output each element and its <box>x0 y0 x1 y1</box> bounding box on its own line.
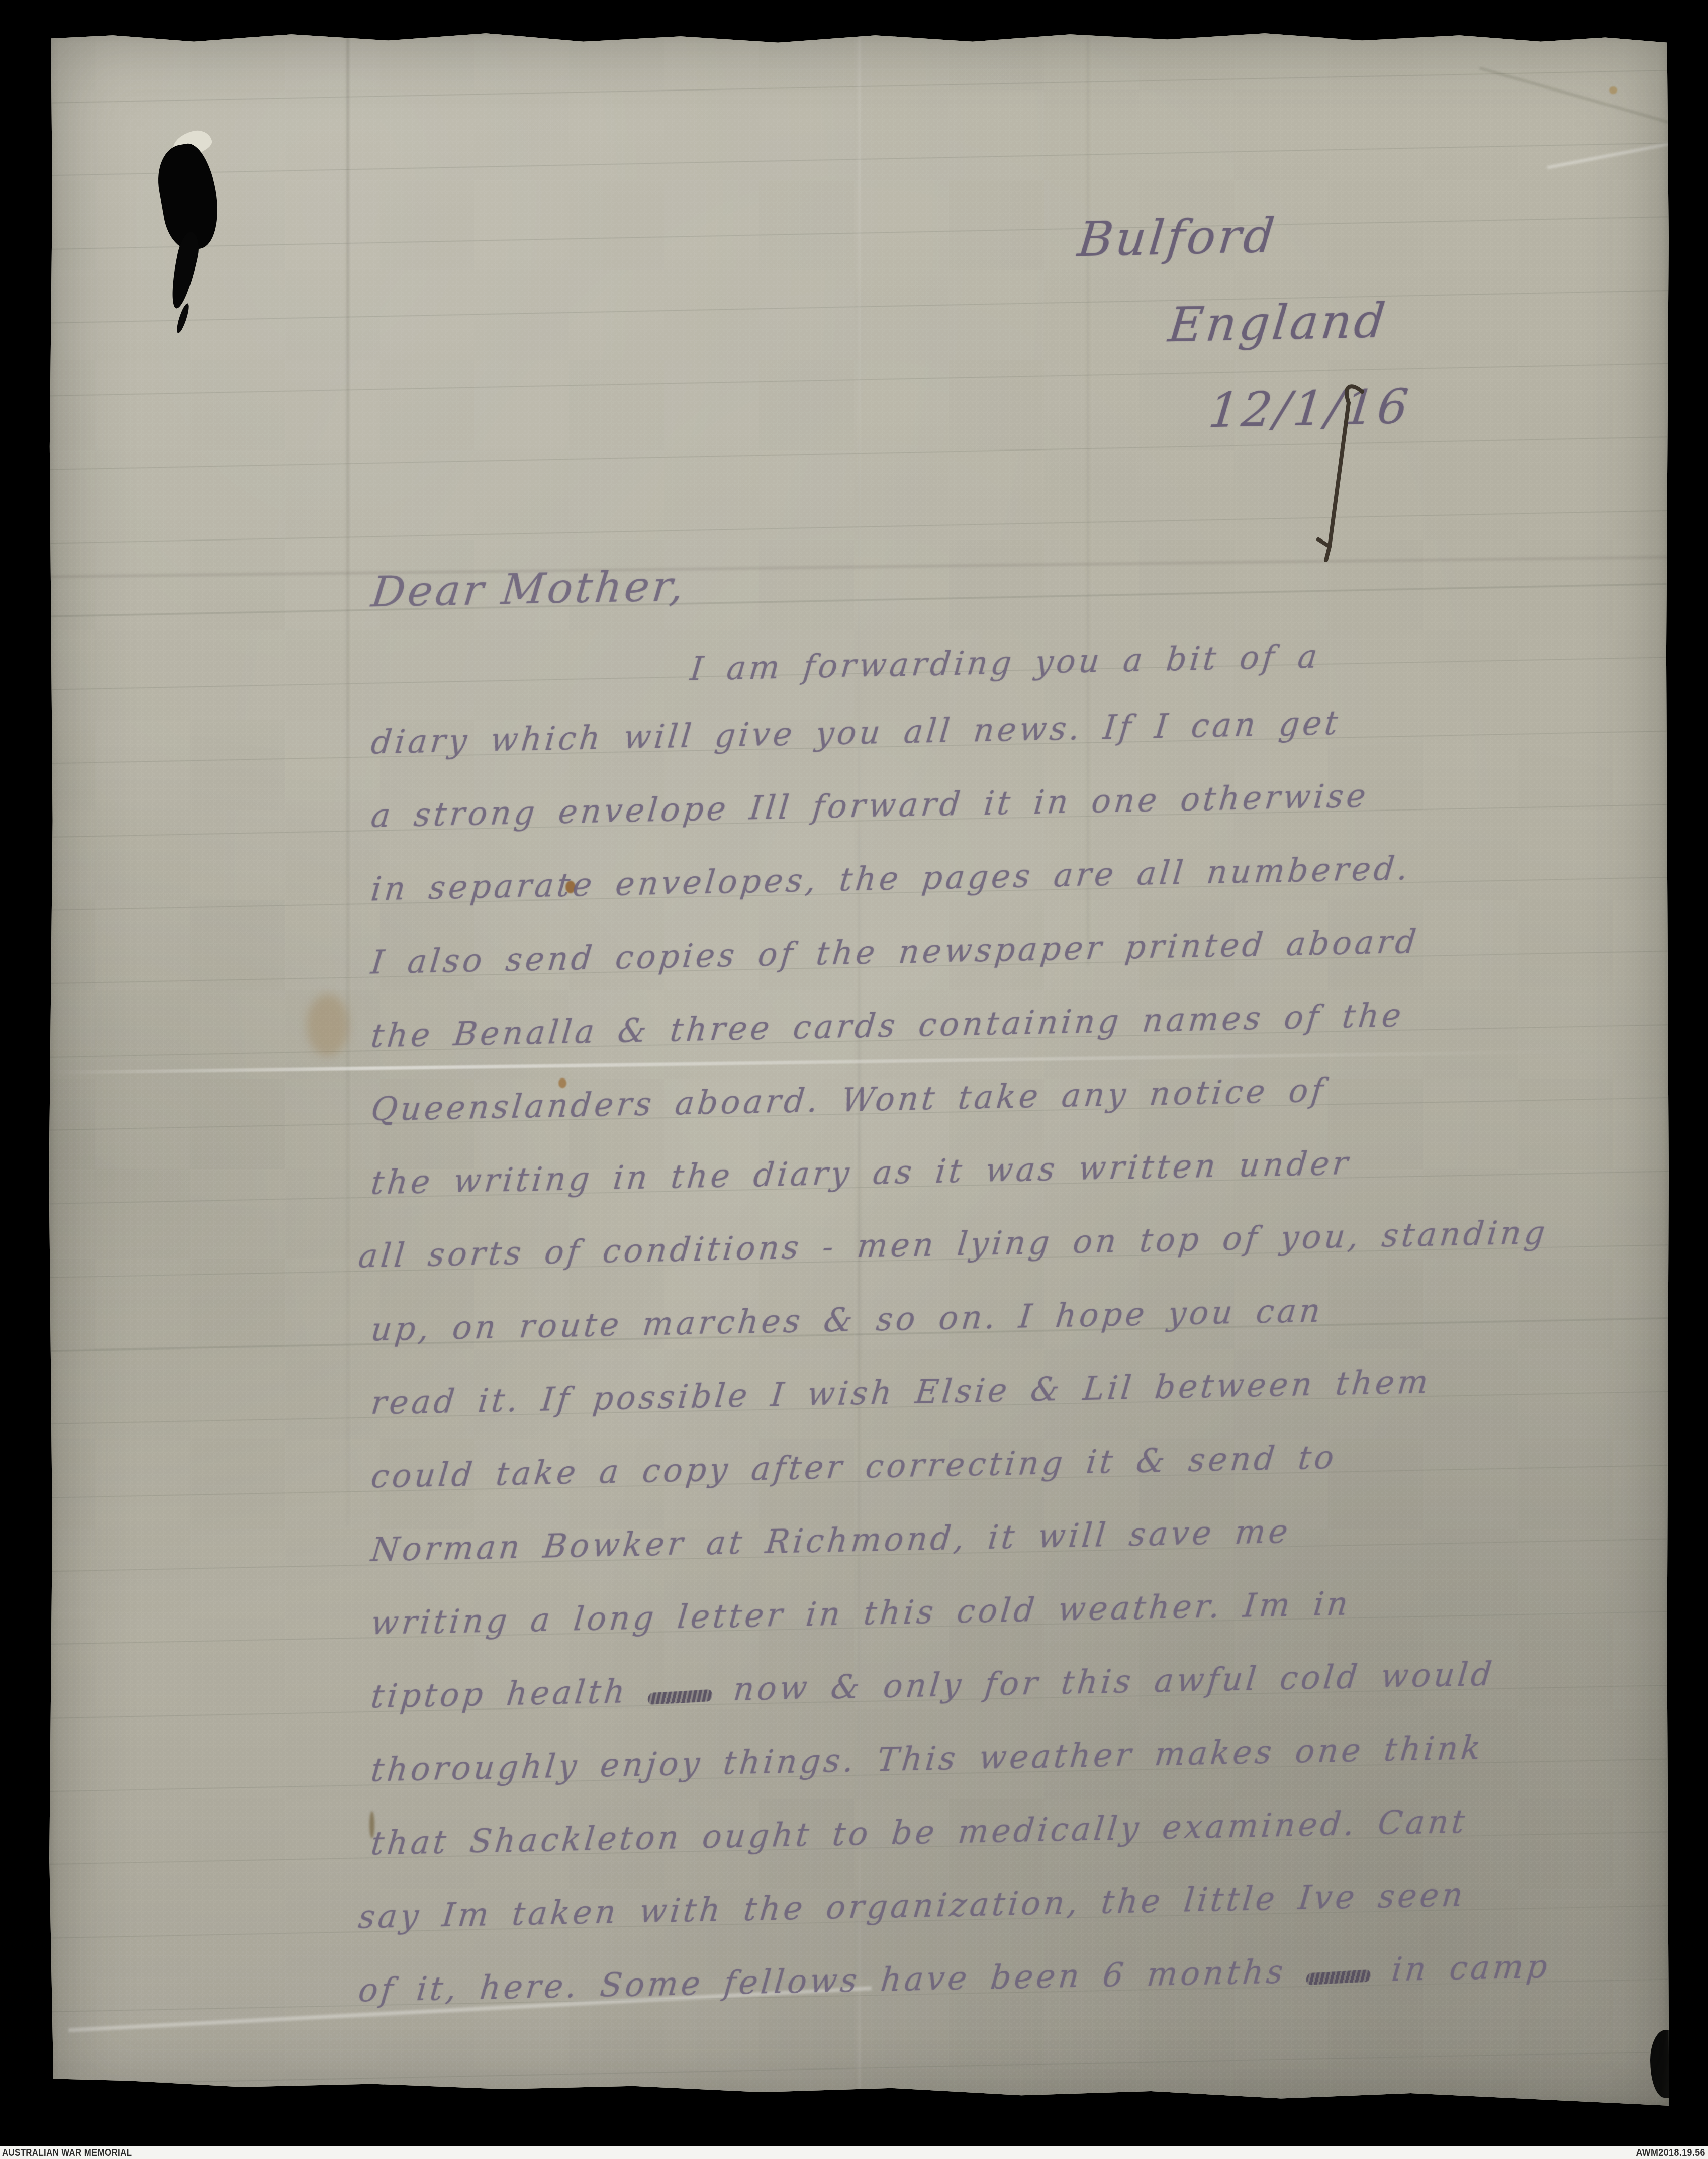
scribbled-out-word <box>1305 1969 1371 1985</box>
letter-line: that Shackleton ought to be medically ex… <box>369 1806 1469 1860</box>
rust-spot <box>558 1078 566 1088</box>
letter-line: writing a long letter in this cold weath… <box>369 1588 1352 1640</box>
letter-line: up, on route marches & so on. I hope you… <box>369 1295 1325 1346</box>
letter-line: of it, here. Some fellows have been 6 mo… <box>357 1951 1552 2007</box>
scanned-letter-photograph: Bulford England 12/1/16 Dear Mother, I a… <box>0 0 1708 2159</box>
letter-line: the writing in the diary as it was writt… <box>369 1148 1352 1200</box>
vertical-fold-crease <box>858 31 861 2108</box>
paper-stain <box>307 994 349 1056</box>
vertical-fold-crease <box>1087 31 1089 966</box>
letter-line: a strong envelope Ill forward it in one … <box>369 780 1370 833</box>
letter-line: Norman Bowker at Richmond, it will save … <box>369 1516 1292 1567</box>
archive-institution-label: AUSTRALIAN WAR MEMORIAL <box>2 2146 132 2159</box>
salutation: Dear Mother, <box>369 564 688 613</box>
paper-stain <box>1609 86 1617 94</box>
letter-line: the Benalla & three cards containing nam… <box>369 1000 1405 1053</box>
letter-line: diary which will give you all news. If I… <box>369 707 1342 759</box>
letter-line: read it. If possible I wish Elsie & Lil … <box>369 1367 1433 1420</box>
letter-line: I also send copies of the newspaper prin… <box>369 926 1420 979</box>
vertical-fold-crease <box>347 31 349 1526</box>
letter-line: in separate envelopes, the pages are all… <box>369 853 1412 906</box>
torn-hole-tail <box>166 230 202 311</box>
heading-date: 12/1/16 <box>1206 383 1413 435</box>
corner-crease <box>1479 67 1688 129</box>
letter-line: Queenslanders aboard. Wont take any noti… <box>369 1075 1327 1126</box>
horizontal-fold-crease <box>48 1048 1670 1074</box>
letter-line: say Im taken with the organization, the … <box>357 1879 1467 1934</box>
letter-page: Bulford England 12/1/16 Dear Mother, I a… <box>48 31 1670 2108</box>
edge-tear-notch <box>1650 2030 1676 2098</box>
letter-line: I am forwarding you a bit of a <box>689 641 1321 686</box>
heading-place: Bulford <box>1076 212 1279 264</box>
scribbled-out-word <box>647 1689 713 1705</box>
letter-line: could take a copy after correcting it & … <box>369 1442 1338 1493</box>
heading-country: England <box>1166 297 1390 349</box>
accession-number: AWM2018.19.56 <box>1636 2146 1705 2159</box>
letter-line: tiptop health now & only for this awful … <box>369 1659 1496 1714</box>
horizontal-fold-crease <box>48 556 1670 578</box>
corner-crease <box>1547 137 1695 169</box>
letter-line: thoroughly enjoy things. This weather ma… <box>369 1732 1485 1787</box>
letter-line: all sorts of conditions - men lying on t… <box>357 1217 1549 1273</box>
archive-caption-bar: AUSTRALIAN WAR MEMORIAL AWM2018.19.56 <box>0 2146 1708 2159</box>
